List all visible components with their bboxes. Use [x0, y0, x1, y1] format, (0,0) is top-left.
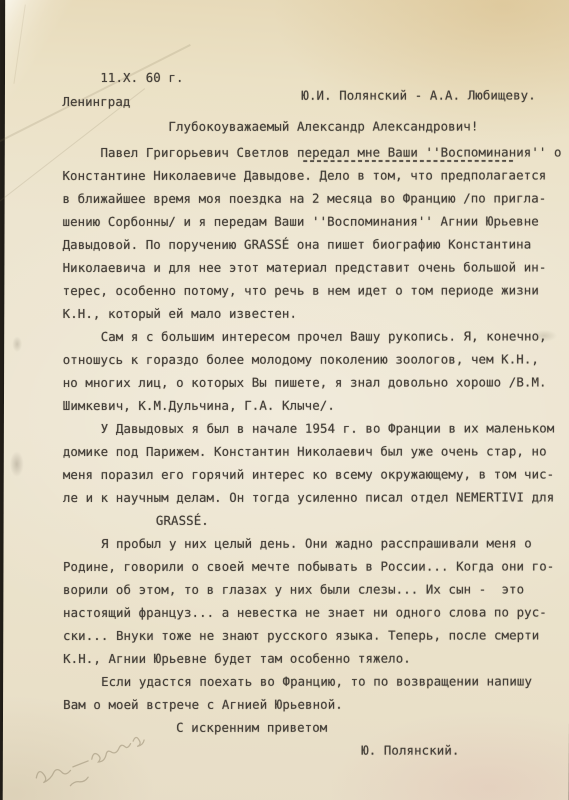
- letter-line: Родине, говорили о своей мечте побывать …: [63, 554, 563, 578]
- letter-line: ски... Внуки тоже не знают русского язык…: [63, 623, 563, 647]
- letter-line: ворили об этом, то в глазах у них были с…: [63, 577, 563, 601]
- letter-body: Павел Григорьевич Светлов передал мне Ва…: [62, 140, 563, 762]
- letter-line: Давыдовой. По поручению GRASSÉ она пишет…: [63, 232, 563, 256]
- letter-line: GRASSÉ.: [63, 508, 563, 532]
- letter-line: У Давыдовых я был в начале 1954 г. во Фр…: [63, 416, 563, 440]
- paper-crease: [13, 4, 25, 83]
- letter-line: терес, особенно потому, что речь в нем и…: [63, 278, 563, 302]
- letter-line: Шимкевич, К.М.Дульчина, Г.А. Клыче/.: [63, 393, 563, 417]
- header-title: Ю.И. Полянский - А.А. Любищеву.: [301, 83, 557, 106]
- letter-line: но многих лиц, о которых Вы пишете, я зн…: [63, 370, 563, 394]
- letter-line: Константине Николаевиче Давыдове. Дело в…: [62, 163, 562, 187]
- letter-line: К.Н., Агнии Юрьевне будет там особенно т…: [63, 646, 563, 670]
- letter-line: Если удастся поехать во Францию, то по в…: [63, 669, 563, 693]
- letter-line: домике под Парижем. Константин Николаеви…: [63, 439, 563, 463]
- margin-smudge: [12, 336, 22, 352]
- letter-line: меня поразил его горячий интерес ко всем…: [63, 462, 563, 486]
- letter-city: Ленинград: [62, 90, 130, 113]
- letter-line: Вам о моей встрече с Агнией Юрьевной.: [63, 692, 563, 716]
- letter-line: Николаевича и для нее этот материал пред…: [63, 255, 563, 279]
- scanned-letter-page: { "letter": { "header": "Ю.И. Полянский …: [0, 0, 569, 800]
- margin-smudge: [10, 451, 24, 477]
- letter-line: ле и к научным делам. Он тогда усиленно …: [63, 485, 563, 509]
- letter-line: отношусь к гораздо более молодому поколе…: [63, 347, 563, 371]
- letter-paper: Ю.И. Полянский - А.А. Любищеву. --------…: [3, 0, 569, 800]
- salutation: Глубокоуважаемый Александр Александрович…: [168, 115, 478, 138]
- letter-line: настоящий француз... а невестка не знает…: [63, 600, 563, 624]
- letter-line: шению Сорбонны/ и я передам Ваши ''Воспо…: [63, 209, 563, 233]
- letter-line: Я пробыл у них целый день. Они жадно рас…: [63, 531, 563, 555]
- letter-line: К.Н., который ей мало известен.: [63, 301, 563, 325]
- letter-line: Павел Григорьевич Светлов передал мне Ва…: [62, 140, 562, 164]
- letter-line: в ближайшее время моя поездка на 2 месяц…: [63, 186, 563, 210]
- letter-line: Сам я с большим интересом прочел Вашу ру…: [63, 324, 563, 348]
- letter-date: 11.X. 60 г.: [100, 66, 183, 89]
